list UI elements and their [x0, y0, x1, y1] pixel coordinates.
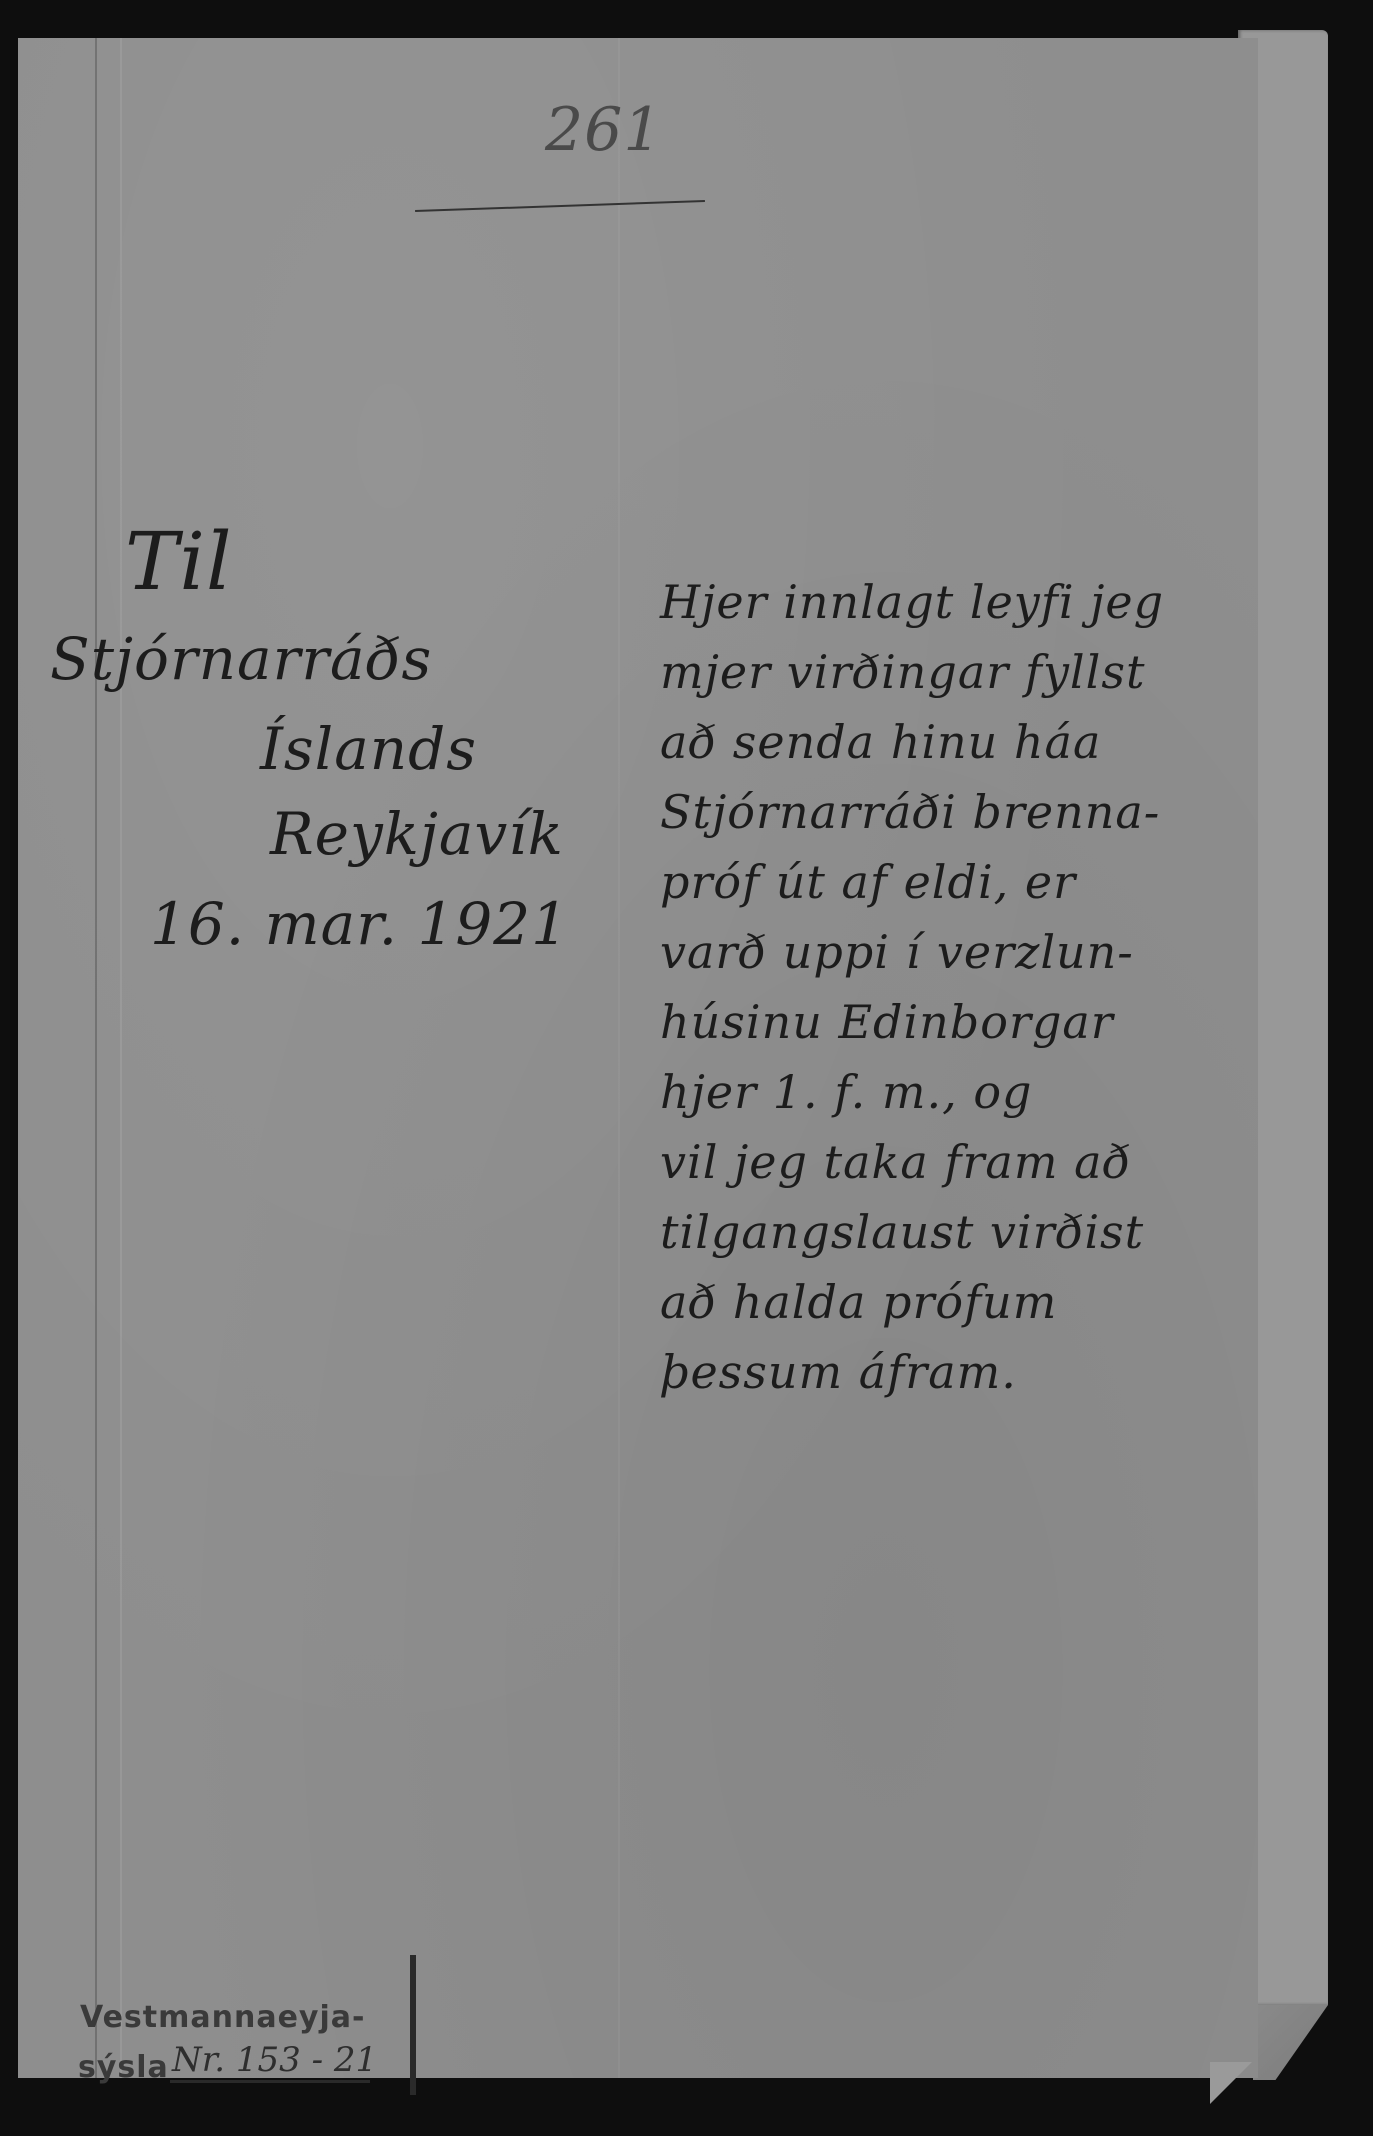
stamp-text: Vestmannaeyja- [80, 2000, 365, 2035]
body-line: varð uppi í verzlun- [660, 925, 1134, 979]
address-line: Stjórnarráðs [50, 625, 432, 693]
stamp-underline [170, 2080, 370, 2083]
body-line: próf út af eldi, er [660, 855, 1076, 909]
stamp-reference: Nr. 153 - 21 [172, 2040, 377, 2080]
page-folded-corner [1210, 2062, 1252, 2104]
body-line: mjer virðingar fyllst [660, 645, 1145, 699]
body-line: Stjórnarráði brenna- [660, 785, 1160, 839]
back-sheet-folded-corner [1253, 2005, 1328, 2080]
body-line: hjer 1. f. m., og [660, 1065, 1033, 1119]
address-line: Til [125, 515, 233, 608]
fold-crease [120, 38, 122, 2078]
body-line: að senda hinu háa [660, 715, 1101, 769]
address-line: Reykjavík [270, 800, 564, 868]
body-line: þessum áfram. [660, 1345, 1017, 1399]
body-line: tilgangslaust virðist [660, 1205, 1144, 1259]
document-page [18, 38, 1258, 2078]
fold-crease [618, 38, 620, 2078]
folio-number: 261 [545, 95, 663, 165]
body-line: að halda prófum [660, 1275, 1057, 1329]
address-line: Íslands [260, 715, 477, 783]
letter-date: 16. mar. 1921 [150, 890, 569, 958]
body-line: húsinu Edinborgar [660, 995, 1114, 1049]
body-line: Hjer innlagt leyfi jeg [660, 575, 1164, 629]
fold-crease [95, 38, 97, 2078]
stamp-text: sýsla [78, 2050, 169, 2085]
body-line: vil jeg taka fram að [660, 1135, 1131, 1189]
